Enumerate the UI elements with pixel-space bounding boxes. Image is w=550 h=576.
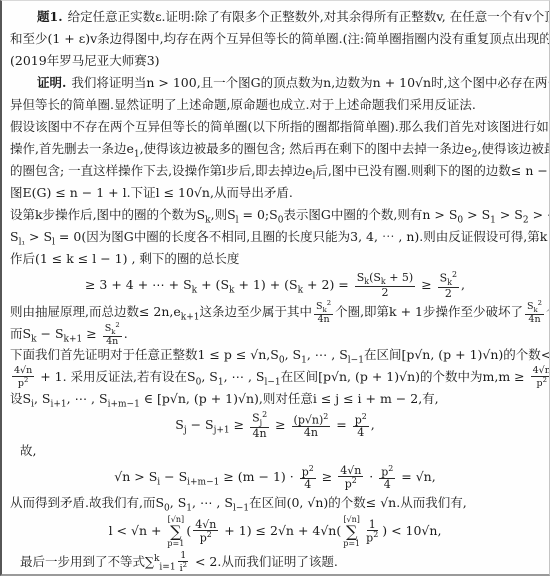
text-line: 的圈包含; 一直这样操作下去,设操作第l步后,即去掉边el后,图中已没有圈.则剩… [10,160,540,182]
summation: [√n]∑p=1 [167,516,184,548]
fraction: Sk22 [438,271,459,300]
fraction: 4√np2 [338,465,363,491]
text-line: 题1.给定任意正实数ε.证明:除了有限多个正整数外,对其余得所有正整数v, 在任… [10,6,540,28]
fraction: Sj24n [250,411,269,440]
fraction: Sk24n [314,300,333,325]
text-line: 4√np2 + 1. 采用反证法,若有设在S0, S1, ⋯ , Sl−1在区间… [10,366,540,388]
text-line: 操作,首先删去一条边e1,使得该边被最多的圈包含; 然后再在剩下的图中去掉一条边… [10,138,540,160]
text-line: 和至少(1 + ε)v条边得图中,均存在两个互异但等长的简单圈.(注:简单圈指圈… [10,28,540,50]
text-line: 作后(1 ≤ k ≤ l − 1) , 剩下的圈的总长度 [10,248,540,270]
text-line: 证明.我们将证明当n > 100,且一个图G的顶点数为n,边数为n + 10√n… [10,72,540,94]
fraction: Sk(Sk + 5)2 [355,272,415,299]
fraction: 1i2 [178,551,189,574]
fraction: 4√np2 [531,366,550,389]
fraction: 4√np2 [193,519,218,545]
fraction: 1p2 [364,519,380,545]
text-line: 则由抽屉原理,而总边数≤ 2n,ek+1这条边至少属于其中Sk24n个圈,即第k… [10,300,540,322]
fraction: p24 [353,413,369,439]
text-line: (2019年罗马尼亚大师赛3) [10,50,540,72]
text-line: 设Si, Si+1, ⋯ , Si+m−1 ∈ [p√n, (p + 1)√n)… [10,388,540,410]
display-formula: ≥ 3 + 4 + ⋯ + Sk + (Sk + 1) + (Sk + 2) =… [10,270,540,300]
display-formula: Sj − Sj+1 ≥ Sj24n ≥ (p√n)24n = p24, [10,410,540,440]
fraction: p24 [300,465,316,491]
text-line: 下面我们首先证明对于任意正整数1 ≤ p ≤ √n,S0, S1, ⋯ , Sl… [10,344,540,366]
display-formula: √n > Si − Si+m−1 ≥ (m − 1) · p24 ≥ 4√np2… [10,462,540,492]
document-body: 题1.给定任意正实数ε.证明:除了有限多个正整数外,对其余得所有正整数v, 在任… [10,6,540,570]
text-line: 假设该图中不存在两个互异但等长的简单圈(以下所指的圈都指简单圈).那么我们首先对… [10,116,540,138]
display-formula: l < √n + [√n]∑p=1(4√np2 + 1) ≤ 2√n + 4√n… [10,514,540,548]
fraction: 4√np2 [12,366,34,389]
text-line: 最后一步用到了不等式∑ki=11i2 < 2.从而我们证明了该题. [10,548,540,570]
text-line: 故, [10,440,540,462]
fraction: p24 [379,465,395,491]
fraction: (p√n)24n [292,413,331,439]
text-line: 异但等长的简单圈.显然证明了上述命题,原命题也成立.对于上述命题我们采用反证法. [10,94,540,116]
text-line: 而Sk − Sk+1 ≥ Sk24n. [10,322,540,344]
text-line: 设第k步操作后,图中的圈的个数为Sk,则Sl = 0;S0表示图G中圈的个数,则… [10,204,540,226]
text-line: Sl₁ > Sl = 0(因为图G中圈的长度各不相同,且圈的长度只能为3, 4,… [10,226,540,248]
text-line: 从而得到矛盾.故我们有,而S0, S1, ⋯ , Sl−1在区间(0, √n)的… [10,492,540,514]
fraction: Sk24n [525,300,544,325]
text-line: 图E(G) ≤ n − 1 + l.下证l ≤ 10√n,从而导出矛盾. [10,182,540,204]
summation: [√n]∑p=1 [343,516,360,548]
proof-document: 题1.给定任意正实数ε.证明:除了有限多个正整数外,对其余得所有正整数v, 在任… [0,0,550,576]
paragraph-label: 证明. [37,75,66,90]
paragraph-label: 题1. [37,9,63,24]
